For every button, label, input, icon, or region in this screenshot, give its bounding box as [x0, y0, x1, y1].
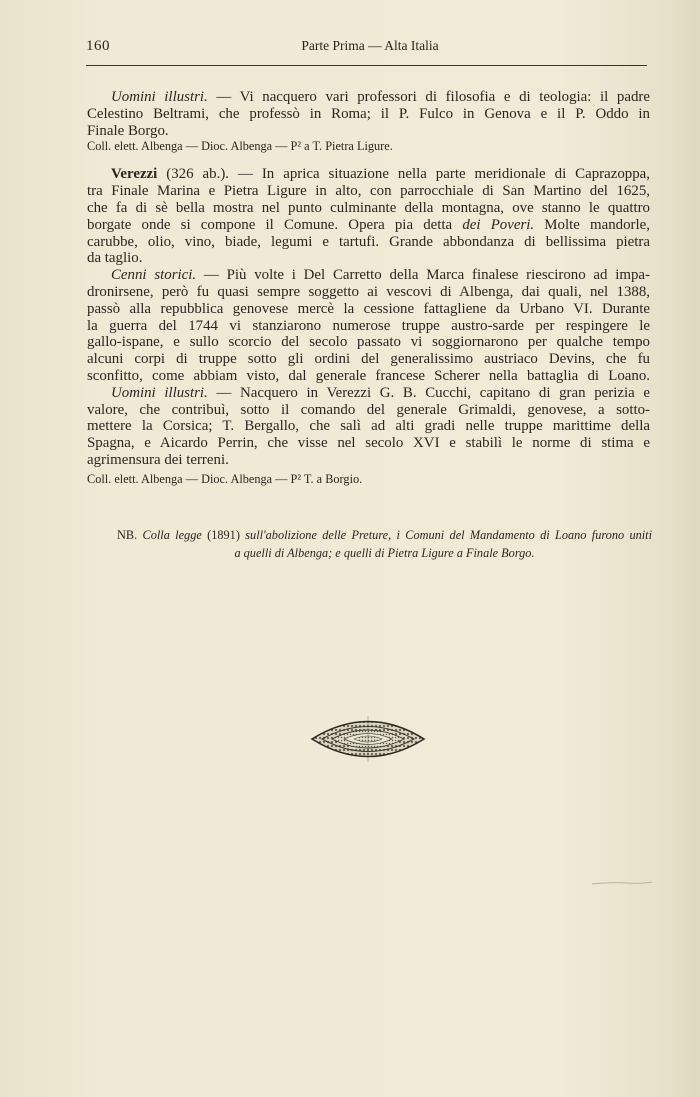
- section-uomini-illustri-1: Uomini illustri. — Vi nacquero vari prof…: [111, 89, 650, 154]
- section-heading: Cenni storici.: [111, 267, 196, 283]
- text-span: — In aprica situazione nella parte merid…: [229, 166, 650, 182]
- text-span: — Nacquero in Verezzi G. B. Cucchi, capi…: [208, 385, 650, 401]
- text-line: dronirsene, però fu quasi sempre soggett…: [87, 284, 650, 301]
- text-span: sull'abolizione delle Preture, i Comuni …: [245, 528, 652, 542]
- text-line: Uomini illustri. — Nacquero in Verezzi G…: [111, 385, 650, 402]
- text-line: agrimensura dei terreni.: [87, 452, 650, 469]
- text-line: sconfitto, come abbiam visto, dal genera…: [87, 368, 650, 385]
- text-line: da taglio.: [87, 250, 650, 267]
- text-span: — Vi nacquero vari professori di filosof…: [208, 89, 650, 105]
- electoral-note: Coll. elett. Albenga — Dioc. Albenga — P…: [87, 138, 650, 154]
- text-line: Verezzi (326 ab.). — In aprica situazion…: [111, 166, 650, 183]
- text-span: borgate onde si compone il Comune. Opera…: [87, 217, 462, 233]
- note-label: NB.: [117, 528, 137, 542]
- section-verezzi: Verezzi (326 ab.). — In aprica situazion…: [111, 166, 650, 267]
- spacer: [111, 154, 650, 166]
- page-header: 160 Parte Prima — Alta Italia: [86, 38, 654, 58]
- place-name: Verezzi: [111, 166, 157, 182]
- text-span: Molte mandorle,: [534, 217, 650, 233]
- text-line: Finale Borgo.: [87, 123, 650, 140]
- header-rule: [86, 65, 647, 66]
- text-line: carubbe, olio, vino, biade, legumi e tar…: [87, 234, 650, 251]
- text-line: Cenni storici. — Più volte i Del Carrett…: [111, 267, 650, 284]
- electoral-note: Coll. elett. Albenga — Dioc. Albenga — P…: [87, 471, 650, 487]
- footnote-line: a quelli di Albenga; e quelli di Pietra …: [117, 545, 652, 563]
- body-text: Uomini illustri. — Vi nacquero vari prof…: [111, 89, 650, 487]
- note-year: (1891): [202, 528, 245, 542]
- text-line: mettere la Corsica; T. Bergallo, che sal…: [87, 418, 650, 435]
- decorative-vesica-ornament-icon: [310, 712, 426, 766]
- running-title: Parte Prima — Alta Italia: [86, 38, 654, 54]
- text-line: alcuni corpi di truppe sotto gli ordini …: [87, 351, 650, 368]
- text-line: gallo-ispane, e sullo scorcio del secolo…: [87, 334, 650, 351]
- footnote-line: NB. Colla legge (1891) sull'abolizione d…: [117, 527, 652, 545]
- text-line: Uomini illustri. — Vi nacquero vari prof…: [111, 89, 650, 106]
- scan-smudge: [592, 880, 652, 886]
- text-line: Celestino Beltrami, che professò in Roma…: [87, 106, 650, 123]
- text-line: tra Finale Marina e Pietra Ligure in alt…: [87, 183, 650, 200]
- text-line: borgate onde si compone il Comune. Opera…: [87, 217, 650, 234]
- text-line: la guerra del 1744 vi stanziarono numero…: [87, 318, 650, 335]
- footnote-nb: NB. Colla legge (1891) sull'abolizione d…: [117, 527, 652, 562]
- text-line: che fa di sè bella mostra nel punto culm…: [87, 200, 650, 217]
- section-uomini-illustri-2: Uomini illustri. — Nacquero in Verezzi G…: [111, 385, 650, 487]
- opera-pia-name: dei Poveri.: [462, 217, 534, 233]
- text-span: Colla legge: [143, 528, 202, 542]
- text-line: valore, che contribuì, sotto il comando …: [87, 402, 650, 419]
- section-heading: Uomini illustri.: [111, 89, 208, 105]
- book-page: 160 Parte Prima — Alta Italia Uomini ill…: [0, 0, 700, 1097]
- text-span: — Più volte i Del Carretto della Marca f…: [196, 267, 650, 283]
- population: (326 ab.).: [157, 166, 229, 182]
- text-line: Spagna, e Aicardo Perrin, che visse nel …: [87, 435, 650, 452]
- section-heading: Uomini illustri.: [111, 385, 208, 401]
- text-line: passò alla repubblica genovese mercè la …: [87, 301, 650, 318]
- section-cenni-storici: Cenni storici. — Più volte i Del Carrett…: [111, 267, 650, 385]
